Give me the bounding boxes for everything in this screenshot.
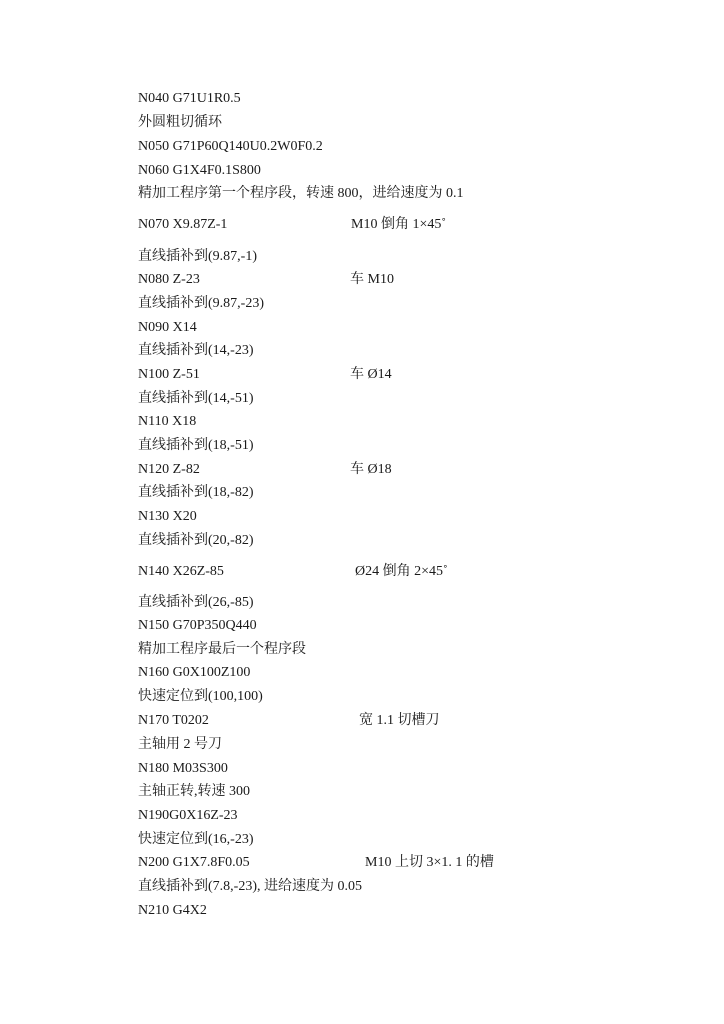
program-line: N050 G71P60Q140U0.2W0F0.2	[138, 137, 323, 157]
program-line: 主轴正转,转速 300	[138, 782, 250, 802]
program-line: N070 X9.87Z-1	[138, 215, 227, 235]
program-line: 直线插补到(9.87,-1)	[138, 247, 257, 267]
document-page: N040 G71U1R0.5外圆粗切循环N050 G71P60Q140U0.2W…	[0, 0, 724, 1024]
program-line: N040 G71U1R0.5	[138, 89, 241, 109]
program-line: 直线插补到(26,-85)	[138, 593, 254, 613]
program-line: N160 G0X100Z100	[138, 663, 250, 683]
program-line: 直线插补到(18,-82)	[138, 483, 254, 503]
program-line: 直线插补到(20,-82)	[138, 531, 254, 551]
program-line: N080 Z-23	[138, 270, 200, 290]
program-line: N210 G4X2	[138, 901, 207, 921]
program-line-comment: 宽 1.1 切槽刀	[359, 711, 440, 731]
program-line: N110 X18	[138, 412, 196, 432]
program-line: N150 G70P350Q440	[138, 616, 257, 636]
program-line: 主轴用 2 号刀	[138, 735, 222, 755]
program-line-comment: 车 Ø18	[350, 460, 392, 480]
program-line: N180 M03S300	[138, 759, 228, 779]
program-line-comment: 车 Ø14	[350, 365, 392, 385]
program-line: N100 Z-51	[138, 365, 200, 385]
program-line: N130 X20	[138, 507, 197, 527]
program-line: 快速定位到(100,100)	[138, 687, 263, 707]
program-line: 直线插补到(9.87,-23)	[138, 294, 264, 314]
program-line: 外圆粗切循环	[138, 113, 222, 133]
program-line: N170 T0202	[138, 711, 209, 731]
program-line: 直线插补到(14,-23)	[138, 341, 254, 361]
program-line: 精加工程序最后一个程序段	[138, 640, 306, 660]
program-line: N140 X26Z-85	[138, 562, 224, 582]
program-line: 直线插补到(7.8,-23), 进给速度为 0.05	[138, 877, 362, 897]
program-line-comment: M10 上切 3×1. 1 的槽	[365, 853, 494, 873]
program-line: N190G0X16Z-23	[138, 806, 238, 826]
program-line: 精加工程序第一个程序段，转速 800，进给速度为 0.1	[138, 184, 464, 204]
program-line-comment: M10 倒角 1×45˚	[351, 215, 446, 235]
program-line: 直线插补到(18,-51)	[138, 436, 254, 456]
program-line-comment: 车 M10	[350, 270, 394, 290]
program-line: N090 X14	[138, 318, 197, 338]
program-line-comment: Ø24 倒角 2×45˚	[355, 562, 448, 582]
program-line: N120 Z-82	[138, 460, 200, 480]
program-line: N060 G1X4F0.1S800	[138, 161, 261, 181]
program-line: 直线插补到(14,-51)	[138, 389, 254, 409]
program-line: N200 G1X7.8F0.05	[138, 853, 250, 873]
program-line: 快速定位到(16,-23)	[138, 830, 254, 850]
